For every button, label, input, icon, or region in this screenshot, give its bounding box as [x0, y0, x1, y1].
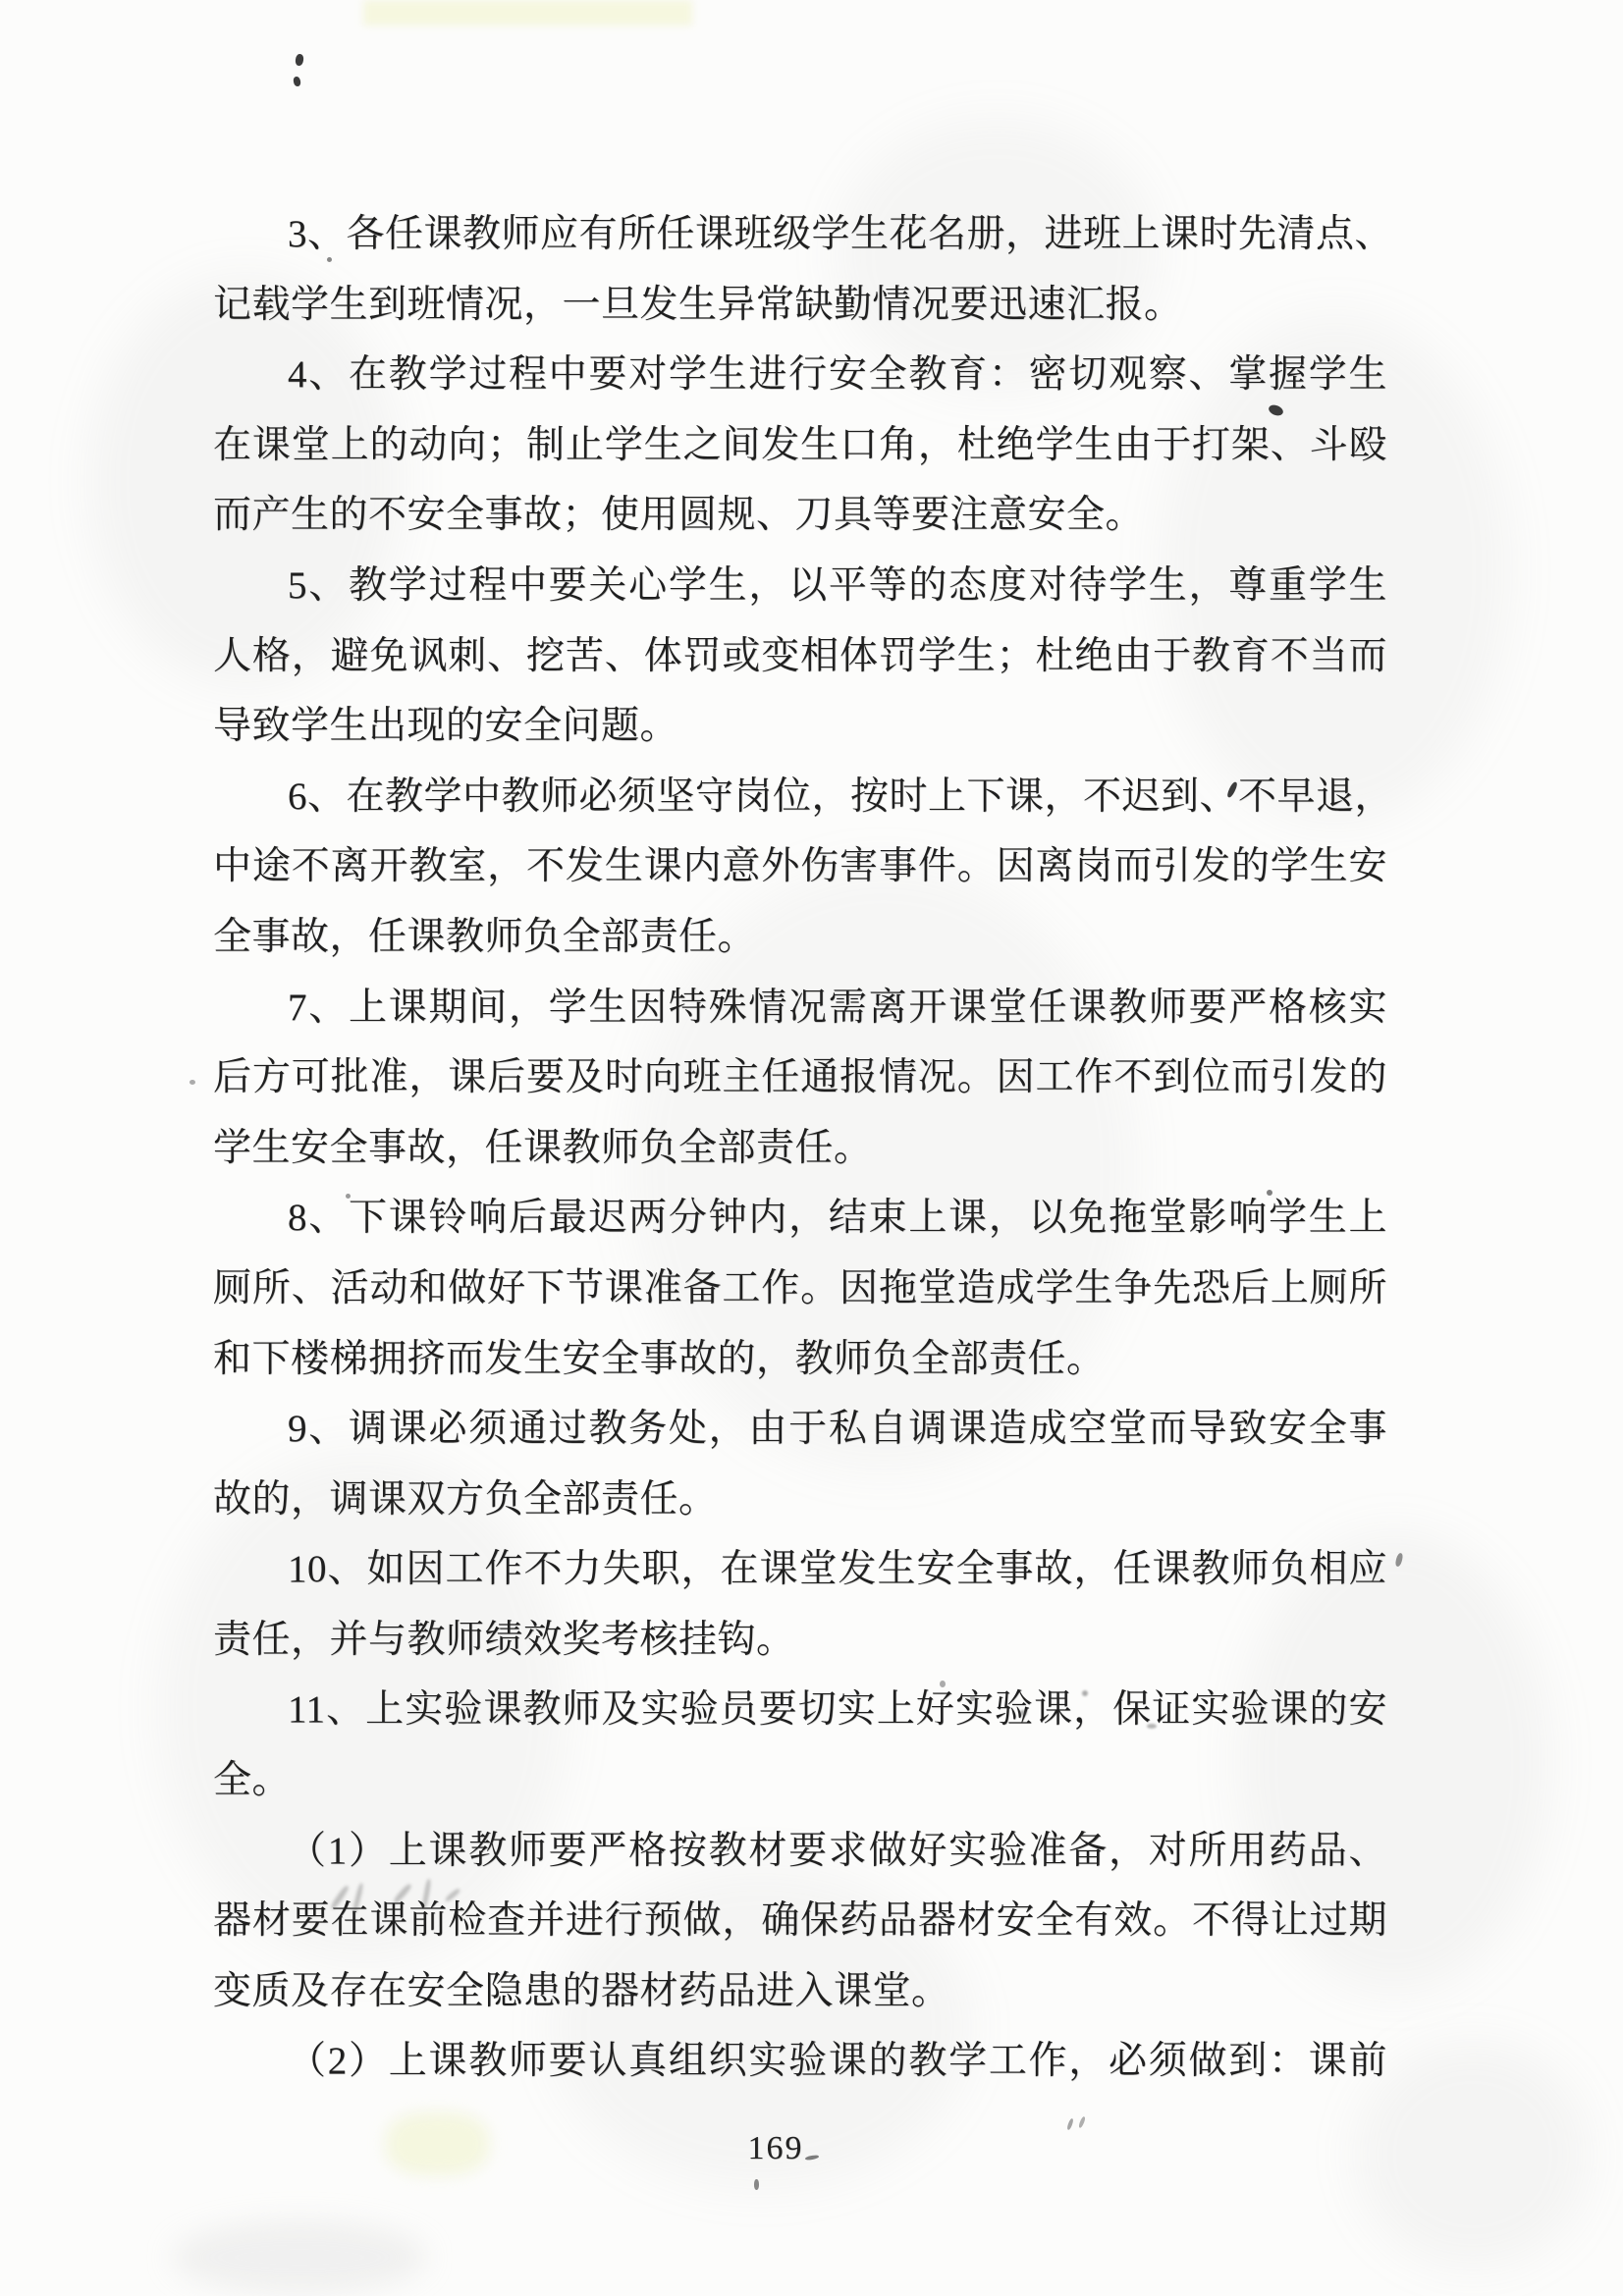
text-line: 导致学生出现的安全问题。: [213, 691, 1387, 762]
text-line: 厕所、活动和做好下节课准备工作。因拖堂造成学生争先恐后上厕所: [213, 1254, 1387, 1324]
text-line: 5、教学过程中要关心学生，以平等的态度对待学生，尊重学生: [213, 551, 1387, 621]
paper-stain: [386, 2112, 489, 2175]
text-line: （1）上课教师要严格按教材要求做好实验准备，对所用药品、: [213, 1816, 1387, 1887]
text-line: 8、下课铃响后最迟两分钟内，结束上课，以免拖堂影响学生上: [213, 1183, 1387, 1254]
document-body: 3、各任课教师应有所任课班级学生花名册，进班上课时先清点、 记载学生到班情况，一…: [213, 199, 1387, 2097]
text-line: 故的，调课双方负全部责任。: [213, 1465, 1387, 1535]
scanned-document-page: 3、各任课教师应有所任课班级学生花名册，进班上课时先清点、 记载学生到班情况，一…: [0, 0, 1623, 2296]
text-line: 11、上实验课教师及实验员要切实上好实验课，保证实验课的安: [213, 1675, 1387, 1745]
text-line: 而产生的不安全事故；使用圆规、刀具等要注意安全。: [213, 480, 1387, 551]
text-line: 和下楼梯拥挤而发生安全事故的，教师负全部责任。: [213, 1324, 1387, 1395]
scan-artifact: [754, 2179, 759, 2190]
scan-artifact: [1078, 2116, 1086, 2129]
scan-noise-blob: [1355, 2042, 1591, 2268]
text-line: 人格，避免讽刺、挖苦、体罚或变相体罚学生；杜绝由于教育不当而: [213, 621, 1387, 692]
text-line: 记载学生到班情况，一旦发生异常缺勤情况要迅速汇报。: [213, 270, 1387, 341]
text-line: 4、在教学过程中要对学生进行安全教育：密切观察、掌握学生: [213, 340, 1387, 410]
scan-artifact: [295, 54, 304, 67]
text-line: 6、在教学中教师必须坚守岗位，按时上下课，不迟到、不早退，: [213, 762, 1387, 832]
text-line: 中途不离开教室，不发生课内意外伤害事件。因离岗而引发的学生安: [213, 831, 1387, 902]
text-line: 后方可批准，课后要及时向班主任通报情况。因工作不到位而引发的: [213, 1042, 1387, 1113]
text-line: 器材要在课前检查并进行预做，确保药品器材安全有效。不得让过期: [213, 1886, 1387, 1956]
text-line: 10、如因工作不力失职，在课堂发生安全事故，任课教师负相应: [213, 1534, 1387, 1605]
paper-stain: [172, 2220, 427, 2294]
text-line: 学生安全事故，任课教师负全部责任。: [213, 1113, 1387, 1184]
text-line: 在课堂上的动向；制止学生之间发生口角，杜绝学生由于打架、斗殴: [213, 410, 1387, 481]
text-line: 责任，并与教师绩效奖考核挂钩。: [213, 1605, 1387, 1676]
page-number: 169: [687, 2130, 864, 2167]
text-line: （2）上课教师要认真组织实验课的教学工作，必须做到：课前: [213, 2026, 1387, 2097]
scan-artifact: [189, 1080, 195, 1085]
paper-stain: [363, 0, 692, 26]
scan-artifact: [293, 76, 301, 86]
text-line: 变质及存在安全隐患的器材药品进入课堂。: [213, 1956, 1387, 2027]
text-line: 全。: [213, 1745, 1387, 1816]
scan-artifact: [1066, 2118, 1074, 2131]
text-line: 7、上课期间，学生因特殊情况需离开课堂任课教师要严格核实: [213, 973, 1387, 1043]
text-line: 全事故，任课教师负全部责任。: [213, 902, 1387, 973]
text-line: 3、各任课教师应有所任课班级学生花名册，进班上课时先清点、: [213, 199, 1387, 270]
text-line: 9、调课必须通过教务处，由于私自调课造成空堂而导致安全事: [213, 1394, 1387, 1465]
scan-artifact: [1394, 1552, 1403, 1567]
